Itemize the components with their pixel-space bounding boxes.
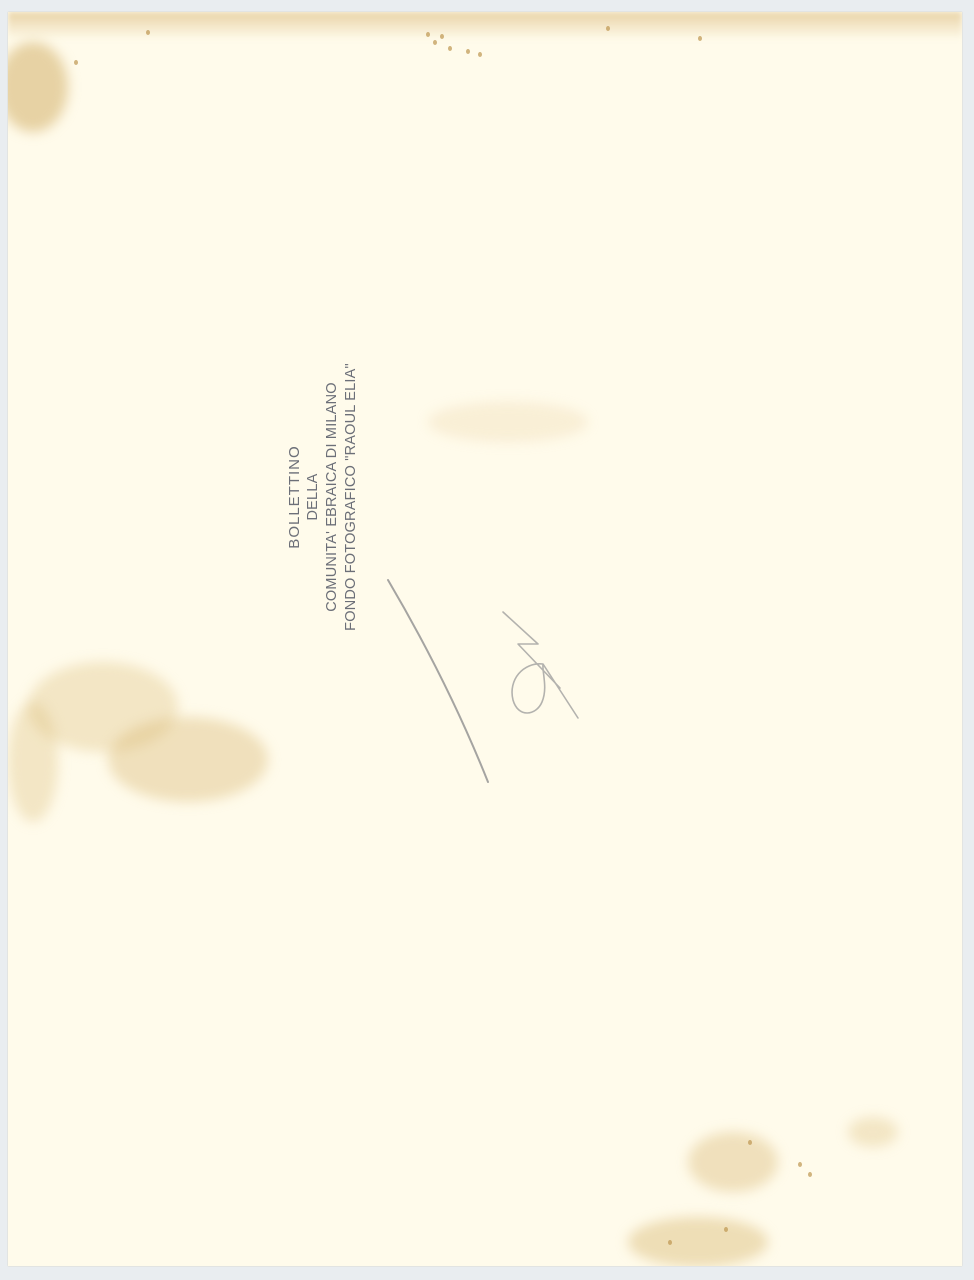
photo-verso-card: BOLLETTINO DELLA COMUNITA' EBRAICA DI MI…	[8, 12, 962, 1266]
pencil-annotation	[8, 12, 962, 1266]
pencil-number-94	[503, 612, 578, 718]
pencil-stroke	[388, 580, 488, 782]
